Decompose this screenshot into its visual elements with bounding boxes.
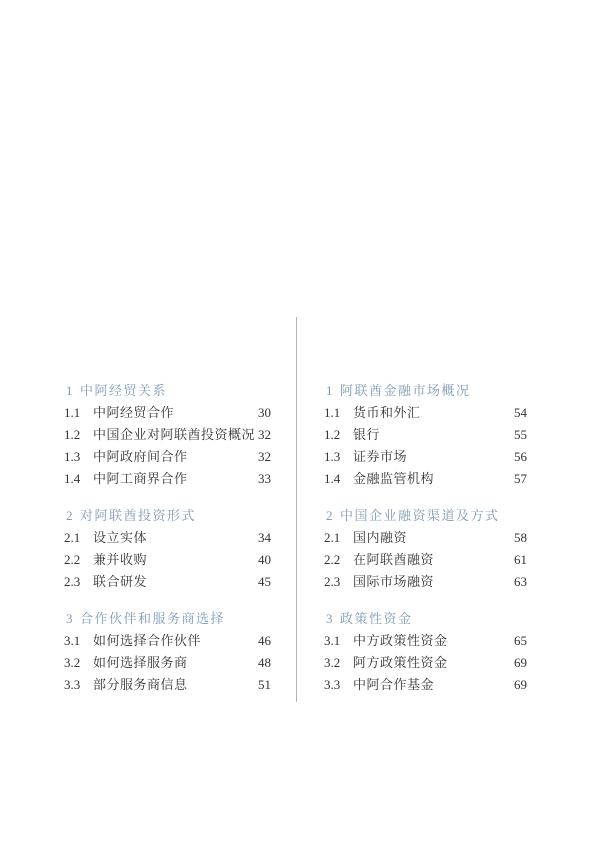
entry-number: 2.2 bbox=[64, 549, 93, 571]
entry-title: 如何选择合作伙伴 bbox=[93, 630, 201, 652]
entry-page-number: 32 bbox=[258, 424, 271, 446]
entry-page-number: 51 bbox=[258, 674, 271, 696]
entry-page-number: 69 bbox=[514, 674, 527, 696]
toc-entry-label: 2.3国际市场融资 bbox=[324, 571, 514, 593]
section-number: 2 bbox=[324, 505, 340, 527]
section-title: 中国企业融资渠道及方式 bbox=[340, 505, 500, 527]
section-title: 对阿联酋投资形式 bbox=[80, 505, 196, 527]
entry-title: 中阿政府间合作 bbox=[93, 446, 188, 468]
toc-section-2-left: 2 对阿联酋投资形式 2.1设立实体 34 2.2兼并收购 40 2.3联合研发… bbox=[64, 505, 271, 593]
entry-title: 如何选择服务商 bbox=[93, 652, 188, 674]
toc-entry-label: 1.3中阿政府间合作 bbox=[64, 446, 258, 468]
toc-section-1-right: 1 阿联酋金融市场概况 1.1货币和外汇 54 1.2银行 55 1.3证券市场… bbox=[324, 380, 527, 490]
entry-page-number: 69 bbox=[514, 652, 527, 674]
entry-page-number: 65 bbox=[514, 630, 527, 652]
toc-entry: 3.3中阿合作基金 69 bbox=[324, 674, 527, 696]
entry-number: 1.3 bbox=[64, 446, 93, 468]
toc-entry: 1.1中阿经贸合作 30 bbox=[64, 402, 271, 424]
entry-page-number: 58 bbox=[514, 527, 527, 549]
toc-entry-label: 2.3联合研发 bbox=[64, 571, 258, 593]
entry-page-number: 54 bbox=[514, 402, 527, 424]
entry-number: 1.2 bbox=[324, 424, 353, 446]
entry-title: 阿方政策性资金 bbox=[353, 652, 448, 674]
toc-entry: 2.2在阿联酋融资 61 bbox=[324, 549, 527, 571]
entry-number: 2.3 bbox=[324, 571, 353, 593]
section-title: 合作伙伴和服务商选择 bbox=[80, 608, 225, 630]
toc-column-right: 1 阿联酋金融市场概况 1.1货币和外汇 54 1.2银行 55 1.3证券市场… bbox=[324, 380, 527, 696]
entry-title: 兼并收购 bbox=[93, 549, 147, 571]
entry-page-number: 33 bbox=[258, 468, 271, 490]
entry-title: 中方政策性资金 bbox=[353, 630, 448, 652]
toc-page: 1 中阿经贸关系 1.1中阿经贸合作 30 1.2中国企业对阿联酋投资概况 32… bbox=[0, 0, 596, 842]
entry-title: 中阿合作基金 bbox=[353, 674, 434, 696]
toc-section-3-right: 3 政策性资金 3.1中方政策性资金 65 3.2阿方政策性资金 69 3.3中… bbox=[324, 608, 527, 696]
entry-page-number: 57 bbox=[514, 468, 527, 490]
entry-number: 3.2 bbox=[324, 652, 353, 674]
toc-entry-label: 3.2如何选择服务商 bbox=[64, 652, 258, 674]
section-number: 1 bbox=[64, 380, 80, 402]
section-number: 3 bbox=[324, 608, 340, 630]
toc-entry-label: 3.2阿方政策性资金 bbox=[324, 652, 514, 674]
toc-entry: 1.2银行 55 bbox=[324, 424, 527, 446]
toc-entry: 2.3国际市场融资 63 bbox=[324, 571, 527, 593]
toc-entry-label: 1.4金融监管机构 bbox=[324, 468, 514, 490]
toc-entry: 2.2兼并收购 40 bbox=[64, 549, 271, 571]
entry-number: 3.2 bbox=[64, 652, 93, 674]
entry-title: 设立实体 bbox=[93, 527, 147, 549]
toc-section-heading: 2 中国企业融资渠道及方式 bbox=[324, 505, 527, 527]
toc-entry: 2.1国内融资 58 bbox=[324, 527, 527, 549]
entry-number: 3.1 bbox=[64, 630, 93, 652]
toc-section-1-left: 1 中阿经贸关系 1.1中阿经贸合作 30 1.2中国企业对阿联酋投资概况 32… bbox=[64, 380, 271, 490]
entry-title: 中阿工商界合作 bbox=[93, 468, 188, 490]
entry-page-number: 34 bbox=[258, 527, 271, 549]
entry-number: 1.4 bbox=[324, 468, 353, 490]
section-title: 阿联酋金融市场概况 bbox=[340, 380, 471, 402]
toc-entry: 2.3联合研发 45 bbox=[64, 571, 271, 593]
toc-entry-label: 1.2中国企业对阿联酋投资概况 bbox=[64, 424, 258, 446]
toc-entry-label: 1.2银行 bbox=[324, 424, 514, 446]
toc-entry-label: 2.1国内融资 bbox=[324, 527, 514, 549]
entry-number: 2.2 bbox=[324, 549, 353, 571]
section-number: 2 bbox=[64, 505, 80, 527]
entry-title: 在阿联酋融资 bbox=[353, 549, 434, 571]
toc-section-3-left: 3 合作伙伴和服务商选择 3.1如何选择合作伙伴 46 3.2如何选择服务商 4… bbox=[64, 608, 271, 696]
entry-page-number: 46 bbox=[258, 630, 271, 652]
toc-entry: 3.1中方政策性资金 65 bbox=[324, 630, 527, 652]
entry-title: 部分服务商信息 bbox=[93, 674, 188, 696]
entry-title: 货币和外汇 bbox=[353, 402, 421, 424]
toc-entry-label: 3.1如何选择合作伙伴 bbox=[64, 630, 258, 652]
toc-section-heading: 1 阿联酋金融市场概况 bbox=[324, 380, 527, 402]
entry-number: 1.4 bbox=[64, 468, 93, 490]
toc-entry-label: 3.3中阿合作基金 bbox=[324, 674, 514, 696]
toc-entry-label: 1.3证券市场 bbox=[324, 446, 514, 468]
toc-entry: 1.1货币和外汇 54 bbox=[324, 402, 527, 424]
toc-entry: 3.2如何选择服务商 48 bbox=[64, 652, 271, 674]
toc-entry: 1.3证券市场 56 bbox=[324, 446, 527, 468]
entry-title: 证券市场 bbox=[353, 446, 407, 468]
toc-entry-label: 1.4中阿工商界合作 bbox=[64, 468, 258, 490]
entry-title: 银行 bbox=[353, 424, 380, 446]
entry-page-number: 56 bbox=[514, 446, 527, 468]
toc-column-left: 1 中阿经贸关系 1.1中阿经贸合作 30 1.2中国企业对阿联酋投资概况 32… bbox=[64, 380, 271, 696]
entry-number: 3.3 bbox=[64, 674, 93, 696]
entry-number: 3.3 bbox=[324, 674, 353, 696]
toc-section-heading: 1 中阿经贸关系 bbox=[64, 380, 271, 402]
toc-entry-label: 1.1中阿经贸合作 bbox=[64, 402, 258, 424]
section-number: 1 bbox=[324, 380, 340, 402]
entry-page-number: 61 bbox=[514, 549, 527, 571]
entry-number: 2.3 bbox=[64, 571, 93, 593]
toc-entry-label: 3.1中方政策性资金 bbox=[324, 630, 514, 652]
toc-entry: 1.2中国企业对阿联酋投资概况 32 bbox=[64, 424, 271, 446]
toc-entry: 1.4金融监管机构 57 bbox=[324, 468, 527, 490]
toc-section-2-right: 2 中国企业融资渠道及方式 2.1国内融资 58 2.2在阿联酋融资 61 2.… bbox=[324, 505, 527, 593]
section-title: 中阿经贸关系 bbox=[80, 380, 167, 402]
toc-section-heading: 3 合作伙伴和服务商选择 bbox=[64, 608, 271, 630]
toc-section-heading: 3 政策性资金 bbox=[324, 608, 527, 630]
entry-page-number: 45 bbox=[258, 571, 271, 593]
entry-title: 中阿经贸合作 bbox=[93, 402, 174, 424]
toc-entry: 1.3中阿政府间合作 32 bbox=[64, 446, 271, 468]
entry-page-number: 32 bbox=[258, 446, 271, 468]
toc-entry-label: 2.2兼并收购 bbox=[64, 549, 258, 571]
toc-entry-label: 3.3部分服务商信息 bbox=[64, 674, 258, 696]
entry-page-number: 55 bbox=[514, 424, 527, 446]
section-number: 3 bbox=[64, 608, 80, 630]
toc-entry: 2.1设立实体 34 bbox=[64, 527, 271, 549]
entry-title: 中国企业对阿联酋投资概况 bbox=[93, 424, 255, 446]
section-title: 政策性资金 bbox=[340, 608, 413, 630]
entry-number: 1.3 bbox=[324, 446, 353, 468]
entry-page-number: 48 bbox=[258, 652, 271, 674]
entry-number: 1.1 bbox=[64, 402, 93, 424]
entry-number: 3.1 bbox=[324, 630, 353, 652]
toc-section-heading: 2 对阿联酋投资形式 bbox=[64, 505, 271, 527]
toc-entry: 3.1如何选择合作伙伴 46 bbox=[64, 630, 271, 652]
column-divider-rule bbox=[296, 317, 297, 702]
toc-entry: 3.2阿方政策性资金 69 bbox=[324, 652, 527, 674]
entry-title: 国际市场融资 bbox=[353, 571, 434, 593]
entry-title: 金融监管机构 bbox=[353, 468, 434, 490]
entry-page-number: 30 bbox=[258, 402, 271, 424]
toc-entry: 1.4中阿工商界合作 33 bbox=[64, 468, 271, 490]
entry-number: 1.1 bbox=[324, 402, 353, 424]
entry-page-number: 40 bbox=[258, 549, 271, 571]
toc-entry-label: 1.1货币和外汇 bbox=[324, 402, 514, 424]
entry-number: 1.2 bbox=[64, 424, 93, 446]
toc-entry-label: 2.1设立实体 bbox=[64, 527, 258, 549]
entry-page-number: 63 bbox=[514, 571, 527, 593]
entry-number: 2.1 bbox=[324, 527, 353, 549]
entry-title: 国内融资 bbox=[353, 527, 407, 549]
toc-entry-label: 2.2在阿联酋融资 bbox=[324, 549, 514, 571]
entry-number: 2.1 bbox=[64, 527, 93, 549]
entry-title: 联合研发 bbox=[93, 571, 147, 593]
toc-entry: 3.3部分服务商信息 51 bbox=[64, 674, 271, 696]
